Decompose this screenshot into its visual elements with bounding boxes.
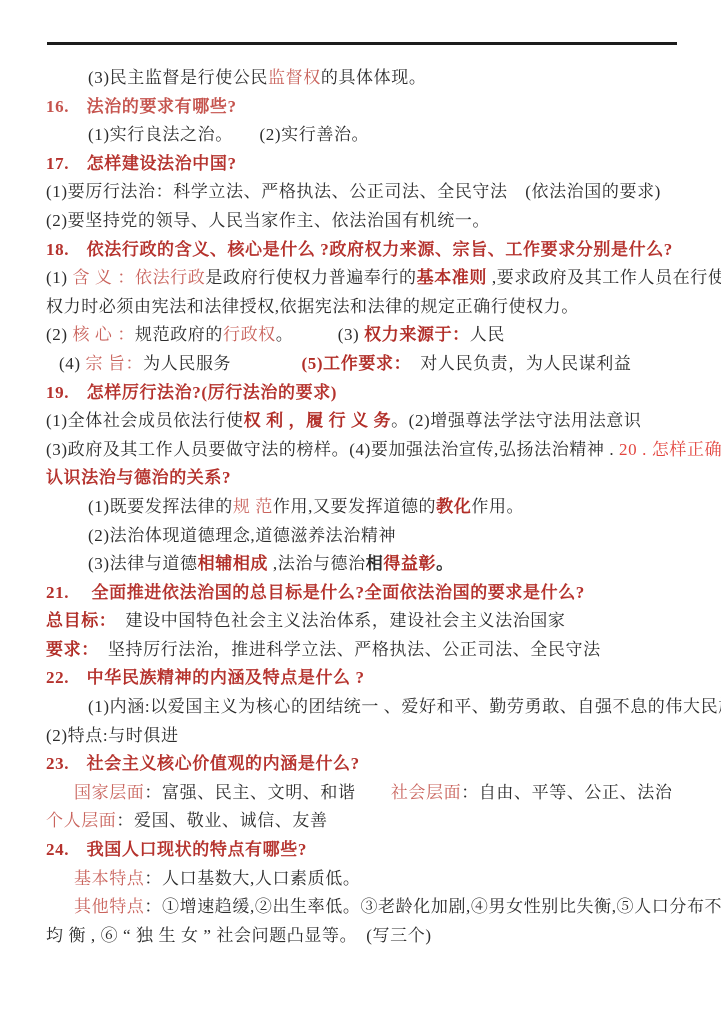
text-span: 含 义 ：依法行政 — [72, 268, 205, 287]
answer-20-2: (2)法治体现道德理念,道德滋养法治精神 — [46, 522, 686, 551]
answer-17-1: (1)要厉行法治：科学立法、严格执法、公正司法、全民守法 (依法治国的要求) — [46, 178, 686, 207]
text-span: 监督权 — [268, 68, 321, 87]
text-span: 对人民负责，为人民谋利益 — [403, 354, 632, 373]
answer-20-3: (3)法律与道德相辅相成 ,法治与德治相得益彰。 — [46, 550, 686, 579]
text-span: 坚持厉行法治，推进科学立法、严格执法、公正司法、全民守法 — [90, 640, 600, 659]
question-22: 22. 中华民族精神的内涵及特点是什么 ? — [46, 664, 686, 693]
text-span: 行政权 — [223, 325, 276, 344]
text-span: 教化 — [436, 497, 471, 516]
answer-24-basic: 基本特点：人口基数大,人口素质低。 — [46, 865, 686, 894]
text-span: (1)实行良法之治。 (2)实行善治。 — [88, 125, 369, 144]
text-span: 人民 — [470, 325, 505, 344]
text-span: ：①增速趋缓,②出生率低。③老龄化加剧,④男女性别比失衡,⑤人口分布不 — [144, 897, 721, 916]
answer-20-1: (1)既要发挥法律的规 范作用,又要发挥道德的教化作用。 — [46, 493, 686, 522]
text-span: 规 范 — [233, 497, 273, 516]
text-span: 建设中国特色社会主义法治体系，建设社会主义法治国家 — [108, 611, 566, 630]
text-span: (3)政府及其工作人员要做守法的榜样。(4)要加强法治宣传,弘扬法治精神 . — [46, 440, 619, 459]
text-span: 作用,又要发挥道德的 — [273, 497, 436, 516]
text-span: 。 (3) — [276, 325, 364, 344]
text-span: 核 心 ： — [72, 325, 135, 344]
text-span: 。 — [436, 554, 454, 573]
answer-21-goal: 总目标： 建设中国特色社会主义法治体系，建设社会主义法治国家 — [46, 607, 686, 636]
text-span: 相 — [366, 554, 384, 573]
text-span: (2)特点:与时俱进 — [46, 726, 179, 745]
question-23: 23. 社会主义核心价值观的内涵是什么? — [46, 750, 686, 779]
question-21: 21. 全面推进依法治国的总目标是什么?全面依法治国的要求是什么? — [46, 579, 686, 608]
answer-17-2: (2)要坚持党的领导、人民当家作主、依法治国有机统一。 — [46, 207, 686, 236]
answer-23-levels-2: 个人层面：爱国、敬业、诚信、友善 — [46, 807, 686, 836]
answer-18-2-3: (2) 核 心 ：规范政府的行政权。 (3) 权力来源于：人民 — [46, 321, 686, 350]
question-17: 17. 怎样建设法治中国? — [46, 150, 686, 179]
text-span: (5)工作要求： — [302, 354, 403, 373]
document-page: (3)民主监督是行使公民监督权的具体体现。16. 法治的要求有哪些?(1)实行良… — [0, 0, 721, 1024]
page-top-rule — [47, 42, 677, 45]
answer-23-levels-1: 国家层面：富强、民主、文明、和谐 社会层面：自由、平等、公正、法治 — [46, 779, 686, 808]
text-span: 均 衡 , ⑥ “ 独 生 女 ” 社会问题凸显等。 (写三个) — [46, 926, 432, 945]
text-span: (1)要厉行法治：科学立法、严格执法、公正司法、全民守法 (依法治国的要求) — [46, 182, 661, 201]
text-span: 20 . 怎样正确 — [619, 440, 721, 459]
text-span: 宗 旨： — [85, 354, 143, 373]
answer-24-other-a: 其他特点：①增速趋缓,②出生率低。③老龄化加剧,④男女性别比失衡,⑤人口分布不 — [46, 893, 686, 922]
question-16: 16. 法治的要求有哪些? — [46, 93, 686, 122]
text-span: 作用。 — [471, 497, 524, 516]
answer-21-requirement: 要求： 坚持厉行法治，推进科学立法、严格执法、公正司法、全民守法 — [46, 636, 686, 665]
text-span: 要求： — [46, 640, 90, 659]
question-18: 18. 依法行政的含义、核心是什么 ?政府权力来源、宗旨、工作要求分别是什么? — [46, 236, 686, 265]
answer-18-1a: (1) 含 义 ：依法行政是政府行使权力普遍奉行的基本准则 ,要求政府及其工作人… — [46, 264, 686, 293]
answer-18-1b: 权力时必须由宪法和法律授权,依据宪法和法律的规定正确行使权力。 — [46, 293, 686, 322]
text-span: (2)要坚持党的领导、人民当家作主、依法治国有机统一。 — [46, 211, 490, 230]
document-body: (3)民主监督是行使公民监督权的具体体现。16. 法治的要求有哪些?(1)实行良… — [46, 64, 686, 950]
text-span: 。(2)增强尊法学法守法用法意识 — [391, 411, 641, 430]
text-span: 国家层面 — [74, 783, 144, 802]
text-span: 个人层面 — [46, 811, 116, 830]
text-span: (2)法治体现道德理念,道德滋养法治精神 — [88, 526, 396, 545]
answer-16: (1)实行良法之治。 (2)实行善治。 — [46, 121, 686, 150]
answer-22-2: (2)特点:与时俱进 — [46, 722, 686, 751]
text-span: ：富强、民主、文明、和谐 — [144, 783, 390, 802]
answer-18-4-5: (4) 宗 旨：为人民服务 (5)工作要求： 对人民负责，为人民谋利益 — [46, 350, 686, 379]
text-span: (1)全体社会成员依法行使 — [46, 411, 244, 430]
text-span: (3)民主监督是行使公民 — [88, 68, 268, 87]
text-span: (1) — [46, 268, 72, 287]
question-24: 24. 我国人口现状的特点有哪些? — [46, 836, 686, 865]
text-span: 规范政府的 — [135, 325, 223, 344]
answer-22-1: (1)内涵:以爱国主义为核心的团结统一 、爱好和平、勤劳勇敢、自强不息的伟大民族… — [46, 693, 686, 722]
text-span: 基本特点 — [74, 869, 144, 888]
text-span: (3)法律与道德 — [88, 554, 198, 573]
text-span: ,要求政府及其工作人员在行使行政 — [487, 268, 721, 287]
text-span: 为人民服务 — [143, 354, 301, 373]
question-19: 19. 怎样厉行法治?(厉行法治的要求) — [46, 379, 686, 408]
text-span: ：爱国、敬业、诚信、友善 — [116, 811, 327, 830]
text-span: 总目标： — [46, 611, 108, 630]
text-span: 社会层面 — [391, 783, 461, 802]
text-span: 权力来源于： — [364, 325, 470, 344]
text-span: ：人口基数大,人口素质低。 — [144, 869, 360, 888]
answer-24-other-b: 均 衡 , ⑥ “ 独 生 女 ” 社会问题凸显等。 (写三个) — [46, 922, 686, 951]
text-span: 19. 怎样厉行法治?(厉行法治的要求) — [46, 383, 337, 402]
question-20-continued: 认识法治与德治的关系? — [46, 464, 686, 493]
text-span: 认识法治与德治的关系? — [46, 468, 231, 487]
text-span: (1)既要发挥法律的 — [88, 497, 233, 516]
text-span: 是政府行使权力普遍奉行的 — [205, 268, 416, 287]
text-span: (4) — [59, 354, 85, 373]
text-span: 的具体体现。 — [321, 68, 427, 87]
text-span: (1)内涵:以爱国主义为核心的团结统一 、爱好和平、勤劳勇敢、自强不息的伟大民族… — [88, 697, 721, 716]
text-span: 16. 法治的要求有哪些? — [46, 97, 237, 116]
text-span: 权 利 ，履 行 义 务 — [244, 411, 391, 430]
answer-19-1-2: (1)全体社会成员依法行使权 利 ，履 行 义 务。(2)增强尊法学法守法用法意… — [46, 407, 686, 436]
text-span: ,法治与德治 — [268, 554, 366, 573]
text-span: 得益彰 — [383, 554, 436, 573]
text-span: (2) — [46, 325, 72, 344]
text-span: 24. 我国人口现状的特点有哪些? — [46, 840, 307, 859]
text-span: 17. 怎样建设法治中国? — [46, 154, 237, 173]
text-span: 22. 中华民族精神的内涵及特点是什么 ? — [46, 668, 365, 687]
text-span: 基本准则 — [417, 268, 487, 287]
text-span: 21. 全面推进依法治国的总目标是什么?全面依法治国的要求是什么? — [46, 583, 585, 602]
text-span: 权力时必须由宪法和法律授权,依据宪法和法律的规定正确行使权力。 — [46, 297, 579, 316]
answer-15-3: (3)民主监督是行使公民监督权的具体体现。 — [46, 64, 686, 93]
text-span: 18. 依法行政的含义、核心是什么 ?政府权力来源、宗旨、工作要求分别是什么? — [46, 240, 673, 259]
text-span: ：自由、平等、公正、法治 — [461, 783, 672, 802]
answer-19-3-4: (3)政府及其工作人员要做守法的榜样。(4)要加强法治宣传,弘扬法治精神 . 2… — [46, 436, 686, 465]
text-span: 相辅相成 — [198, 554, 268, 573]
text-span: 其他特点 — [74, 897, 144, 916]
text-span: 23. 社会主义核心价值观的内涵是什么? — [46, 754, 360, 773]
